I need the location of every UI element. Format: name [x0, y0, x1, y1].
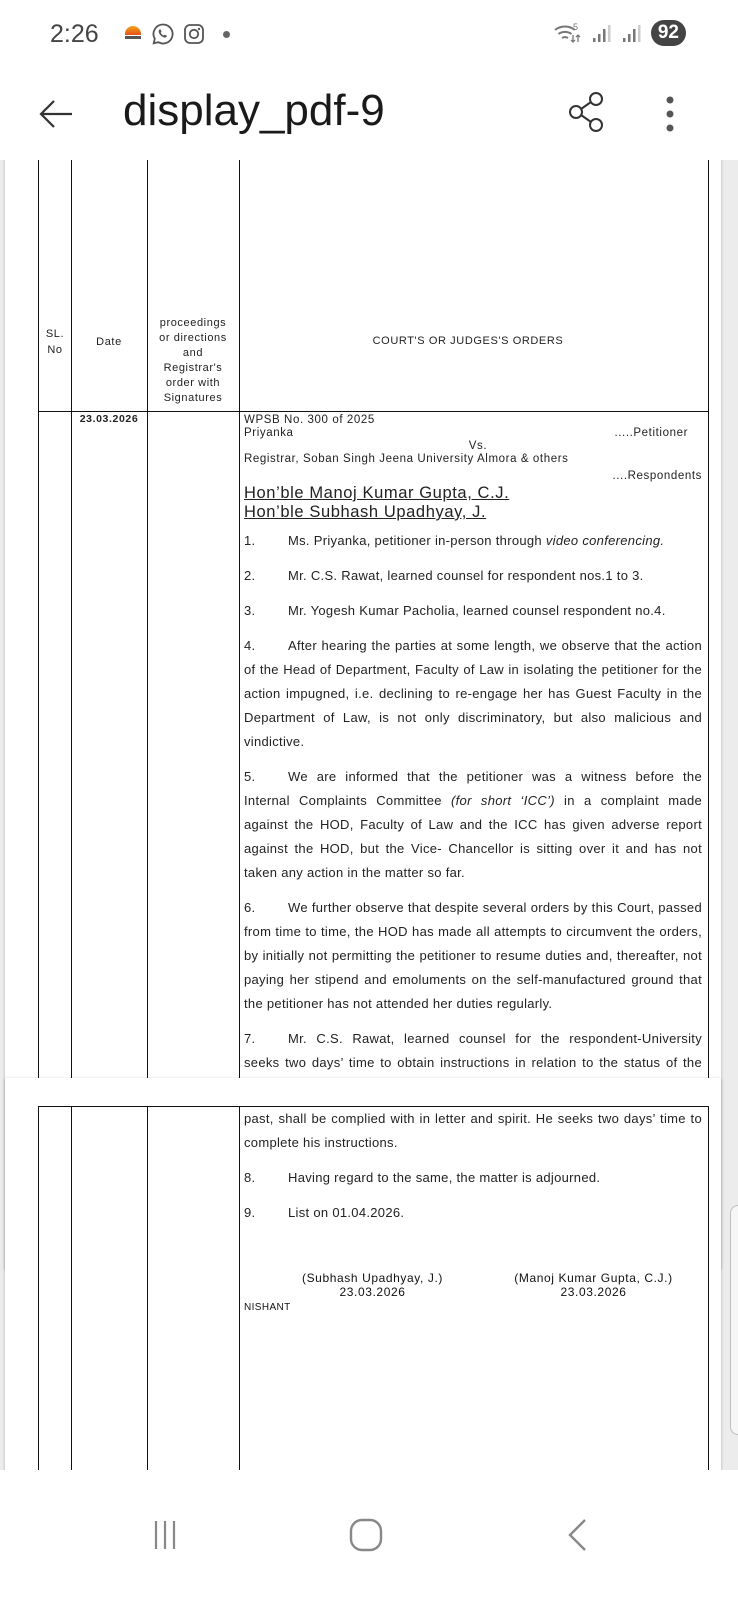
status-bar: 2:26 5 92	[0, 0, 738, 72]
header-sl-no: SL. No	[39, 326, 71, 358]
versus: Vs.	[244, 440, 702, 453]
petitioner-role: .....Petitioner	[614, 427, 688, 440]
header-notes: proceedings or directions and Registrar'…	[147, 316, 239, 406]
paragraph-6: 6.We further observe that despite severa…	[244, 896, 702, 1016]
bench-j: Hon’ble Subhash Upadhyay, J.	[244, 503, 702, 522]
paragraph-4: 4.After hearing the parties at some leng…	[244, 634, 702, 754]
share-button[interactable]	[567, 90, 607, 134]
order-sheet-table: SL. No Date proceedings or directions an…	[38, 160, 709, 1176]
battery-level: 92	[651, 20, 686, 46]
signatures: (Subhash Upadhyay, J.) 23.03.2026 (Manoj…	[244, 1271, 702, 1299]
app-bar: display_pdf-9	[0, 72, 738, 160]
signature-cj: (Manoj Kumar Gupta, C.J.) 23.03.2026	[485, 1271, 702, 1299]
back-icon	[565, 1517, 589, 1553]
instagram-icon	[183, 23, 205, 45]
svg-text:5: 5	[573, 22, 578, 32]
arrow-left-icon	[36, 94, 76, 134]
signature-j: (Subhash Upadhyay, J.) 23.03.2026	[264, 1271, 481, 1299]
pdf-page-2: past, shall be complied with in letter a…	[5, 1078, 721, 1470]
scrollbar-handle[interactable]	[730, 1205, 738, 1435]
bench-cj: Hon’ble Manoj Kumar Gupta, C.J.	[244, 484, 702, 503]
whatsapp-icon	[151, 22, 175, 46]
system-indicators: 5 92	[553, 20, 686, 46]
navigation-bar	[0, 1470, 738, 1600]
respondent-role: ....Respondents	[244, 470, 702, 483]
signal-icon	[591, 22, 613, 44]
petitioner-name: Priyanka	[244, 427, 294, 440]
news-app-icon	[123, 23, 143, 45]
paragraph-7-continued: past, shall be complied with in letter a…	[244, 1107, 702, 1155]
recents-icon	[150, 1517, 180, 1553]
paragraph-2: 2.Mr. C.S. Rawat, learned counsel for re…	[244, 564, 702, 588]
order-content: WPSB No. 300 of 2025 Priyanka .....Petit…	[244, 414, 702, 1134]
header-date: Date	[71, 335, 147, 350]
header-orders: COURT'S OR JUDGES'S ORDERS	[239, 334, 697, 349]
pdf-viewer[interactable]: SL. No Date proceedings or directions an…	[0, 160, 738, 1470]
paragraph-9: 9.List on 01.04.2026.	[244, 1201, 702, 1225]
home-button[interactable]	[346, 1510, 386, 1560]
order-content-continued: past, shall be complied with in letter a…	[244, 1107, 702, 1236]
paragraph-3: 3.Mr. Yogesh Kumar Pacholia, learned cou…	[244, 599, 702, 623]
more-notifications-dot	[223, 31, 230, 38]
more-vertical-icon	[660, 94, 680, 134]
case-number: WPSB No. 300 of 2025	[244, 414, 702, 427]
wifi-icon: 5	[553, 21, 583, 45]
home-icon	[348, 1517, 384, 1553]
paragraph-1: 1.Ms. Priyanka, petitioner in-person thr…	[244, 529, 702, 553]
entry-date: 23.03.2026	[71, 412, 147, 427]
notification-icons	[123, 22, 230, 46]
recents-button[interactable]	[145, 1510, 185, 1560]
document-title: display_pdf-9	[123, 86, 385, 136]
share-icon	[567, 90, 607, 134]
more-options-button[interactable]	[660, 94, 680, 134]
signal-icon-2	[621, 22, 643, 44]
clock: 2:26	[50, 20, 99, 49]
typist-name: NISHANT	[244, 1302, 291, 1313]
respondent-name: Registrar, Soban Singh Jeena University …	[244, 453, 702, 466]
paragraph-5: 5.We are informed that the petitioner wa…	[244, 765, 702, 885]
order-sheet-table-continued: past, shall be complied with in letter a…	[38, 1106, 709, 1470]
back-button[interactable]	[36, 94, 76, 134]
paragraph-8: 8.Having regard to the same, the matter …	[244, 1166, 702, 1190]
system-back-button[interactable]	[557, 1510, 597, 1560]
